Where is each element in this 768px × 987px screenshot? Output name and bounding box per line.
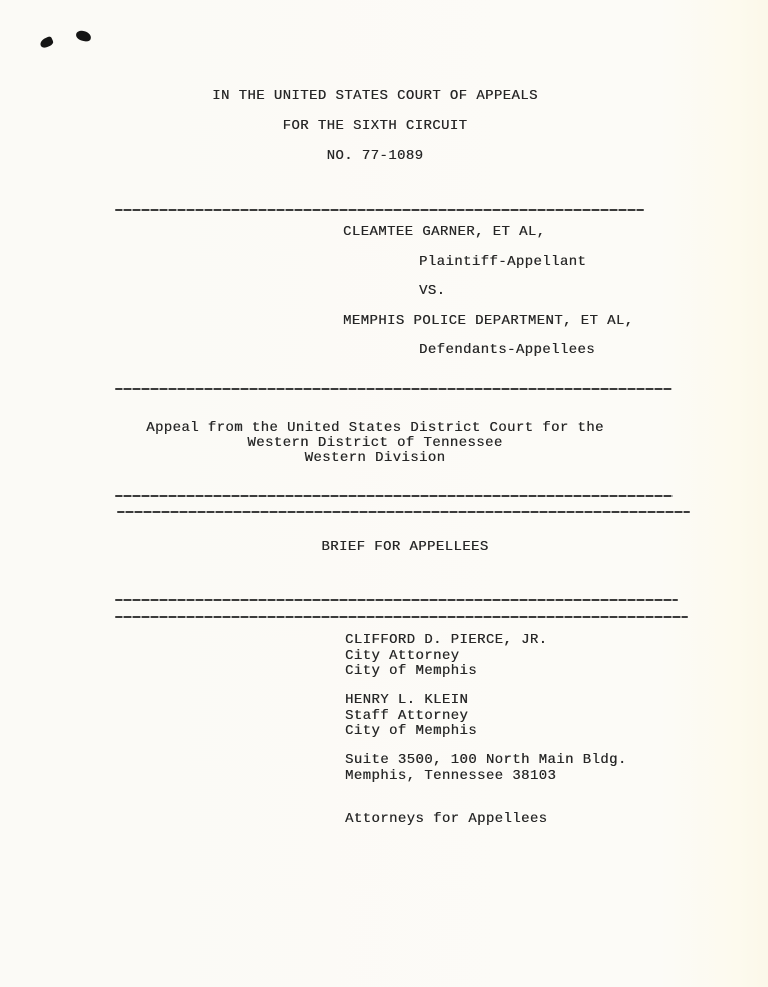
attorney1-name: CLIFFORD D. PIERCE, JR. — [345, 633, 547, 647]
horizontal-rule — [117, 511, 690, 513]
court-name-line: IN THE UNITED STATES COURT OF APPEALS — [115, 89, 635, 103]
defendant-role: Defendants-Appellees — [419, 343, 595, 357]
circuit-line: FOR THE SIXTH CIRCUIT — [115, 119, 635, 133]
scanned-brief-cover-page: IN THE UNITED STATES COURT OF APPEALS FO… — [0, 0, 768, 987]
horizontal-rule — [115, 209, 644, 211]
appeal-origin-line3: Western Division — [110, 451, 640, 465]
counsel-signoff: Attorneys for Appellees — [345, 812, 547, 826]
plaintiff-name: CLEAMTEE GARNER, ET AL, — [343, 225, 545, 239]
horizontal-rule — [115, 495, 673, 497]
attorney2-name: HENRY L. KLEIN — [345, 693, 468, 707]
ink-smudge-mark — [39, 36, 55, 50]
horizontal-rule — [115, 616, 688, 618]
counsel-address-line1: Suite 3500, 100 North Main Bldg. — [345, 753, 627, 767]
horizontal-rule — [115, 388, 672, 390]
plaintiff-role: Plaintiff-Appellant — [419, 255, 586, 269]
appeal-origin-line1: Appeal from the United States District C… — [110, 421, 640, 435]
attorney2-org: City of Memphis — [345, 724, 477, 738]
brief-title: BRIEF FOR APPELLEES — [115, 540, 695, 554]
ink-smudge-mark — [75, 30, 91, 42]
attorney1-org: City of Memphis — [345, 664, 477, 678]
attorney1-title: City Attorney — [345, 649, 459, 663]
appeal-origin-line2: Western District of Tennessee — [110, 436, 640, 450]
attorney2-title: Staff Attorney — [345, 709, 468, 723]
horizontal-rule — [115, 599, 678, 601]
defendant-name: MEMPHIS POLICE DEPARTMENT, ET AL, — [343, 314, 633, 328]
versus-label: VS. — [419, 284, 445, 298]
docket-number: NO. 77-1089 — [115, 149, 635, 163]
counsel-address-line2: Memphis, Tennessee 38103 — [345, 769, 556, 783]
